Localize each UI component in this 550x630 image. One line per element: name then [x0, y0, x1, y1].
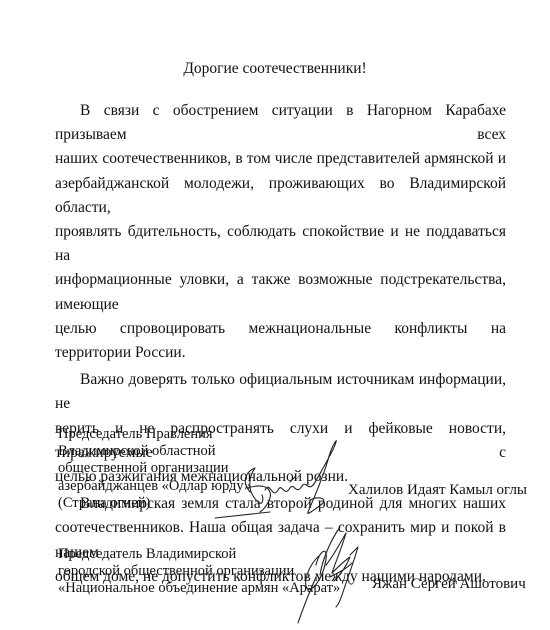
signatory-1-name: Халилов Идаят Камыл оглы	[348, 482, 527, 499]
signatory-2-name: Яжан Сергей Ашотович	[372, 576, 526, 593]
text-line: наших соотечественников, в том числе пре…	[55, 147, 506, 171]
text-line: информационные уловки, а также возможные…	[55, 268, 506, 316]
signature-2-icon	[290, 525, 370, 625]
text-line: азербайджанской молодежи, проживающих во…	[55, 172, 506, 220]
text-line: проявлять бдительность, соблюдать спокой…	[55, 220, 506, 268]
text-line: целью спровоцировать межнациональные кон…	[55, 317, 506, 365]
paragraph-1: В связи с обострением ситуации в Нагорно…	[55, 99, 506, 365]
text-line: В связи с обострением ситуации в Нагорно…	[55, 99, 506, 147]
text-line: Важно доверять только официальным источн…	[55, 368, 506, 416]
document-title: Дорогие соотечественники!	[0, 60, 550, 78]
signature-1-icon	[210, 440, 350, 520]
document-page: Дорогие соотечественники! В связи с обос…	[0, 0, 550, 630]
